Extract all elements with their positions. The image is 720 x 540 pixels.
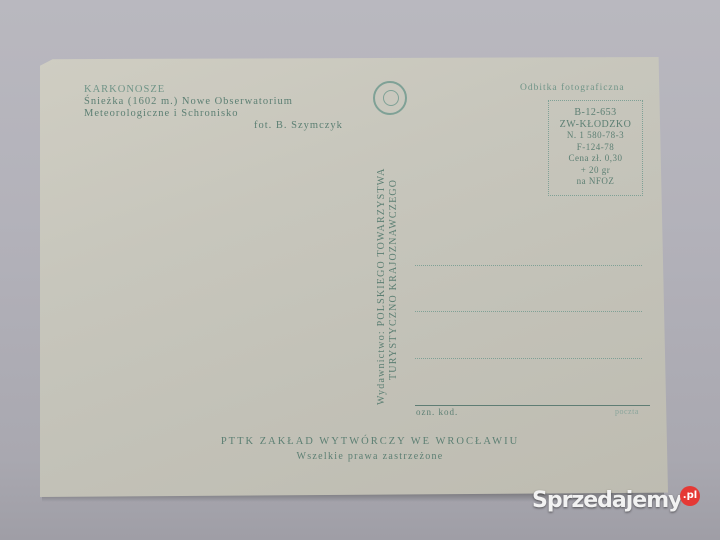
stamp-line: Cena zł. 0,30 — [549, 153, 642, 165]
address-line — [415, 358, 642, 359]
publisher-footer: PTTK ZAKŁAD WYTWÓRCZY WE WROCŁAWIU Wszel… — [200, 434, 540, 464]
photo-label: Odbitka fotograficzna — [520, 83, 625, 93]
stamp-line: B-12-653 — [549, 107, 642, 119]
sprzedajemy-watermark: Sprzedajemy — [532, 488, 682, 513]
post-office-label: poczta — [615, 407, 639, 416]
caption-author: fot. B. Szymczyk — [84, 120, 343, 132]
publisher-vertical-line-1: Wydawnictwo: POLSKIEGO TOWARZYSTWA — [376, 167, 388, 405]
stamp-box: B-12-653 ZW-KŁODZKO N. 1 580-78-3 F-124-… — [548, 100, 643, 196]
stamp-line: N. 1 580-78-3 — [549, 130, 642, 142]
pttk-logo-icon — [373, 81, 407, 115]
caption-line-2: Meteorologiczne i Schronisko — [84, 108, 343, 120]
stamp-line: na NFOZ — [549, 176, 642, 188]
address-line — [415, 265, 642, 266]
postal-code-label: ozn. kod. — [416, 407, 458, 417]
address-line — [415, 311, 642, 312]
publisher-name: PTTK ZAKŁAD WYTWÓRCZY WE WROCŁAWIU — [200, 434, 540, 449]
stamp-line: ZW-KŁODZKO — [549, 119, 642, 131]
postal-code-line — [415, 405, 650, 406]
stamp-line: F-124-78 — [549, 142, 642, 154]
stamp-line: + 20 gr — [549, 165, 642, 177]
publisher-vertical: Wydawnictwo: POLSKIEGO TOWARZYSTWA TURYS… — [376, 167, 400, 405]
photo-caption: KARKONOSZE Śnieżka (1602 m.) Nowe Obserw… — [84, 84, 343, 132]
rights-notice: Wszelkie prawa zastrzeżone — [200, 449, 540, 464]
caption-region: KARKONOSZE — [84, 84, 343, 96]
caption-line-1: Śnieżka (1602 m.) Nowe Obserwatorium — [84, 96, 343, 108]
watermark-badge: .pl — [680, 486, 700, 506]
publisher-vertical-line-2: TURYSTYCZNO KRAJOZNAWCZEGO — [388, 167, 400, 405]
